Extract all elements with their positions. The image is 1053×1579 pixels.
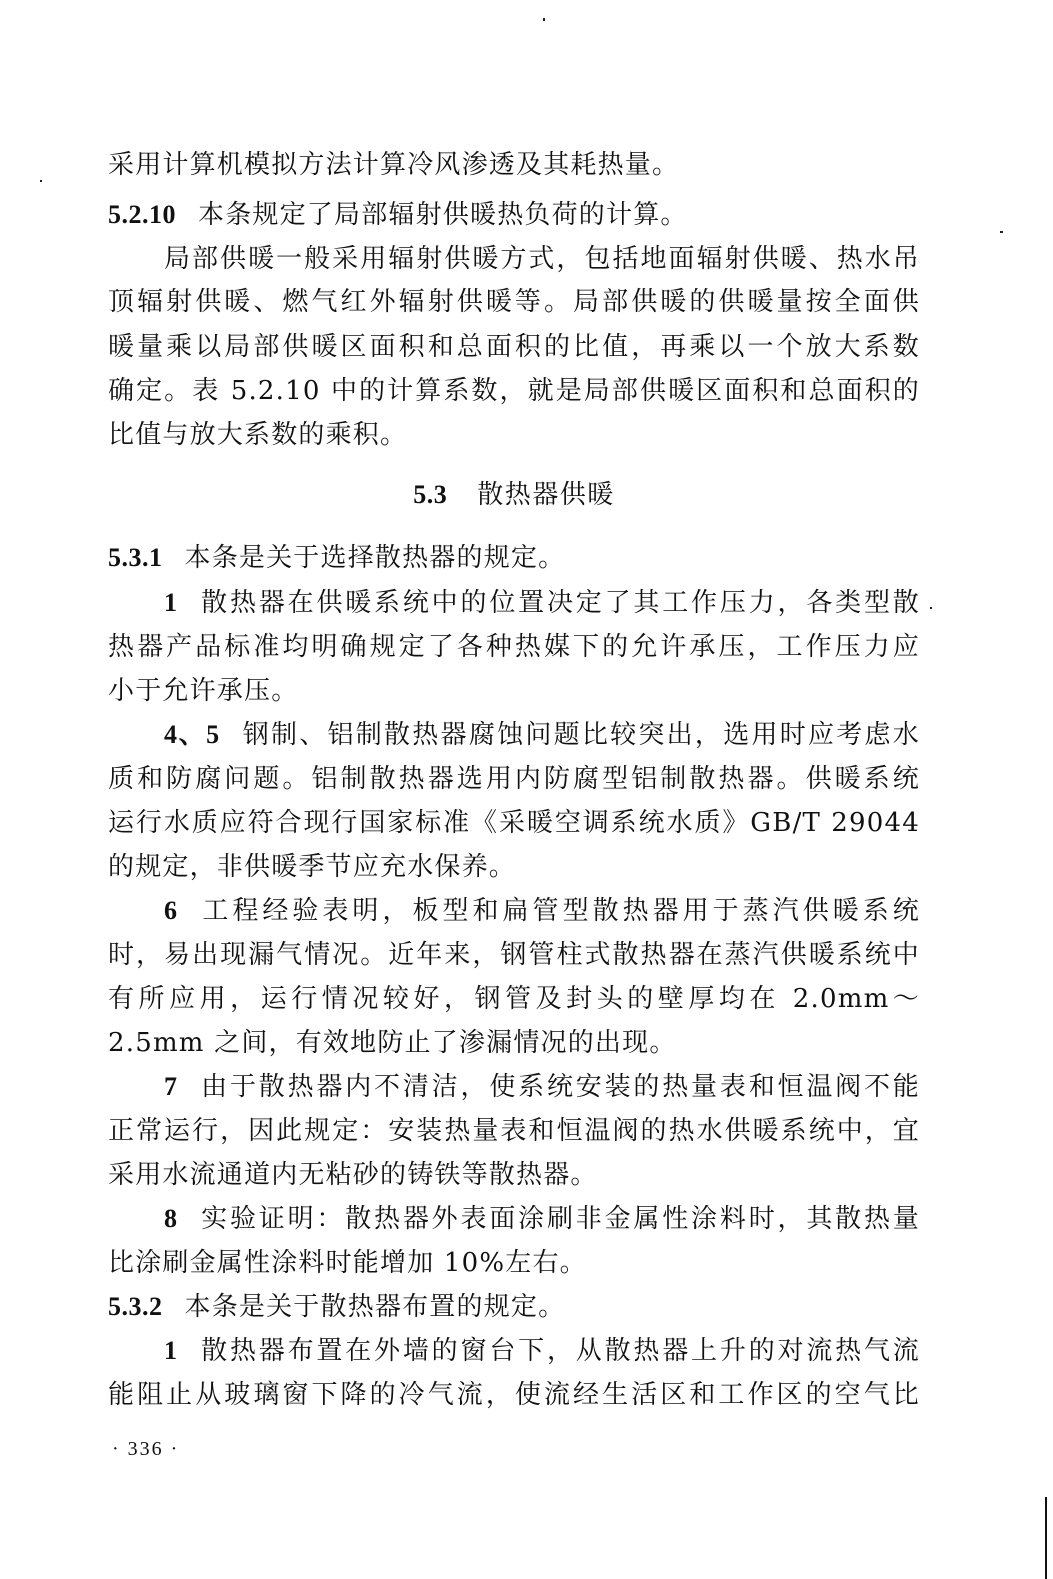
item-text: 散热器布置在外墙的窗台下，从散热器上升的对流热气流	[200, 1336, 921, 1366]
item-1: 1散热器布置在外墙的窗台下，从散热器上升的对流热气流	[108, 1334, 920, 1368]
item-1: 1散热器在供暖系统中的位置决定了其工作压力，各类型散	[108, 586, 920, 620]
line-text: 运行水质应符合现行国家标准《采暖空调系统水质》GB/T 29044	[108, 808, 920, 838]
item-8: 8实验证明：散热器外表面涂刷非金属性涂料时，其散热量	[108, 1202, 920, 1236]
paragraph-line: 采用水流通道内无粘砂的铸铁等散热器。	[108, 1158, 598, 1192]
clause-text: 本条是关于选择散热器的规定。	[185, 543, 566, 573]
clause-number: 5.3.1	[108, 543, 163, 572]
paragraph-line: 正常运行，因此规定：安装热量表和恒温阀的热水供暖系统中，宜	[108, 1114, 920, 1148]
paragraph-line: 运行水质应符合现行国家标准《采暖空调系统水质》GB/T 29044	[108, 806, 920, 840]
clause-5-3-1: 5.3.1本条是关于选择散热器的规定。	[108, 541, 565, 575]
section-title: 散热器供暖	[477, 480, 615, 510]
item-4-5: 4、5钢制、铝制散热器腐蚀问题比较突出，选用时应考虑水	[108, 718, 920, 752]
item-number: 7	[164, 1072, 178, 1101]
paragraph-line: 的规定，非供暖季节应充水保养。	[108, 850, 516, 884]
item-number: 1	[164, 588, 178, 617]
line-text: 暖量乘以局部供暖区面积和总面积的比值，再乘以一个放大系数	[108, 332, 920, 362]
item-number: 8	[164, 1204, 178, 1233]
paragraph-line: 时，易出现漏气情况。近年来，钢管柱式散热器在蒸汽供暖系统中	[108, 938, 920, 972]
line-text: 顶辐射供暖、燃气红外辐射供暖等。局部供暖的供暖量按全面供	[108, 287, 920, 317]
line-text: 局部供暖一般采用辐射供暖方式，包括地面辐射供暖、热水吊	[164, 244, 920, 274]
line-text: 小于允许承压。	[108, 676, 298, 706]
item-text: 工程经验表明，板型和扁管型散热器用于蒸汽供暖系统	[200, 896, 921, 926]
scan-speck	[543, 18, 545, 21]
line-text: 有所应用，运行情况较好，钢管及封头的壁厚均在 2.0mm～	[108, 984, 920, 1014]
item-text: 钢制、铝制散热器腐蚀问题比较突出，选用时应考虑水	[242, 720, 920, 750]
item-7: 7由于散热器内不清洁，使系统安装的热量表和恒温阀不能	[108, 1070, 920, 1104]
item-number: 1	[164, 1336, 178, 1365]
item-number: 4、5	[164, 720, 220, 749]
section-heading: 5.3散热器供暖	[108, 478, 920, 512]
line-text: 的规定，非供暖季节应充水保养。	[108, 852, 516, 882]
line-text: 采用计算机模拟方法计算冷风渗透及其耗热量。	[108, 150, 679, 180]
item-number: 6	[164, 896, 178, 925]
paragraph-line: 小于允许承压。	[108, 674, 298, 708]
paragraph-line: 有所应用，运行情况较好，钢管及封头的壁厚均在 2.0mm～	[108, 982, 920, 1016]
item-text: 实验证明：散热器外表面涂刷非金属性涂料时，其散热量	[200, 1204, 921, 1234]
item-text: 散热器在供暖系统中的位置决定了其工作压力，各类型散	[200, 588, 921, 618]
clause-number: 5.3.2	[108, 1292, 163, 1321]
line-text: 热器产品标准均明确规定了各种热媒下的允许承压，工作压力应	[108, 632, 920, 662]
line-text: 时，易出现漏气情况。近年来，钢管柱式散热器在蒸汽供暖系统中	[108, 940, 920, 970]
line-text: 采用水流通道内无粘砂的铸铁等散热器。	[108, 1160, 598, 1190]
paragraph-line: 比值与放大系数的乘积。	[108, 418, 407, 452]
paragraph-line: 质和防腐问题。铝制散热器选用内防腐型铝制散热器。供暖系统	[108, 762, 920, 796]
paragraph-line: 暖量乘以局部供暖区面积和总面积的比值，再乘以一个放大系数	[108, 330, 920, 364]
clause-5-2-10: 5.2.10本条规定了局部辐射供暖热负荷的计算。	[108, 198, 688, 232]
paragraph-line: 比涂刷金属性涂料时能增加 10%左右。	[108, 1246, 587, 1280]
line-text: 质和防腐问题。铝制散热器选用内防腐型铝制散热器。供暖系统	[108, 764, 920, 794]
section-number: 5.3	[413, 480, 447, 509]
clause-number: 5.2.10	[108, 200, 176, 229]
paragraph-line: 热器产品标准均明确规定了各种热媒下的允许承压，工作压力应	[108, 630, 920, 664]
line-text: 比值与放大系数的乘积。	[108, 420, 407, 450]
item-6: 6工程经验表明，板型和扁管型散热器用于蒸汽供暖系统	[108, 894, 920, 928]
line-text: 正常运行，因此规定：安装热量表和恒温阀的热水供暖系统中，宜	[108, 1116, 920, 1146]
scan-speck	[40, 180, 42, 182]
page-number: · 336 ·	[112, 1436, 179, 1462]
scan-speck	[1000, 231, 1003, 233]
scan-edge-line	[1045, 1497, 1047, 1579]
paragraph-line: 能阻止从玻璃窗下降的冷气流，使流经生活区和工作区的空气比	[108, 1378, 920, 1412]
line-text: 能阻止从玻璃窗下降的冷气流，使流经生活区和工作区的空气比	[108, 1380, 920, 1410]
scan-speck	[930, 607, 932, 609]
clause-5-3-2: 5.3.2本条是关于散热器布置的规定。	[108, 1290, 565, 1324]
clause-text: 本条规定了局部辐射供暖热负荷的计算。	[198, 200, 688, 230]
paragraph-line: 2.5mm 之间，有效地防止了渗漏情况的出现。	[108, 1026, 677, 1060]
paragraph-line: 采用计算机模拟方法计算冷风渗透及其耗热量。	[108, 148, 679, 182]
paragraph-line: 确定。表 5.2.10 中的计算系数，就是局部供暖区面积和总面积的	[108, 374, 920, 408]
paragraph-line: 局部供暖一般采用辐射供暖方式，包括地面辐射供暖、热水吊	[108, 242, 920, 276]
item-text: 由于散热器内不清洁，使系统安装的热量表和恒温阀不能	[200, 1072, 921, 1102]
clause-text: 本条是关于散热器布置的规定。	[185, 1292, 566, 1322]
line-text: 确定。表 5.2.10 中的计算系数，就是局部供暖区面积和总面积的	[108, 376, 920, 406]
line-text: 比涂刷金属性涂料时能增加 10%左右。	[108, 1248, 587, 1278]
line-text: 2.5mm 之间，有效地防止了渗漏情况的出现。	[108, 1028, 677, 1058]
paragraph-line: 顶辐射供暖、燃气红外辐射供暖等。局部供暖的供暖量按全面供	[108, 285, 920, 319]
